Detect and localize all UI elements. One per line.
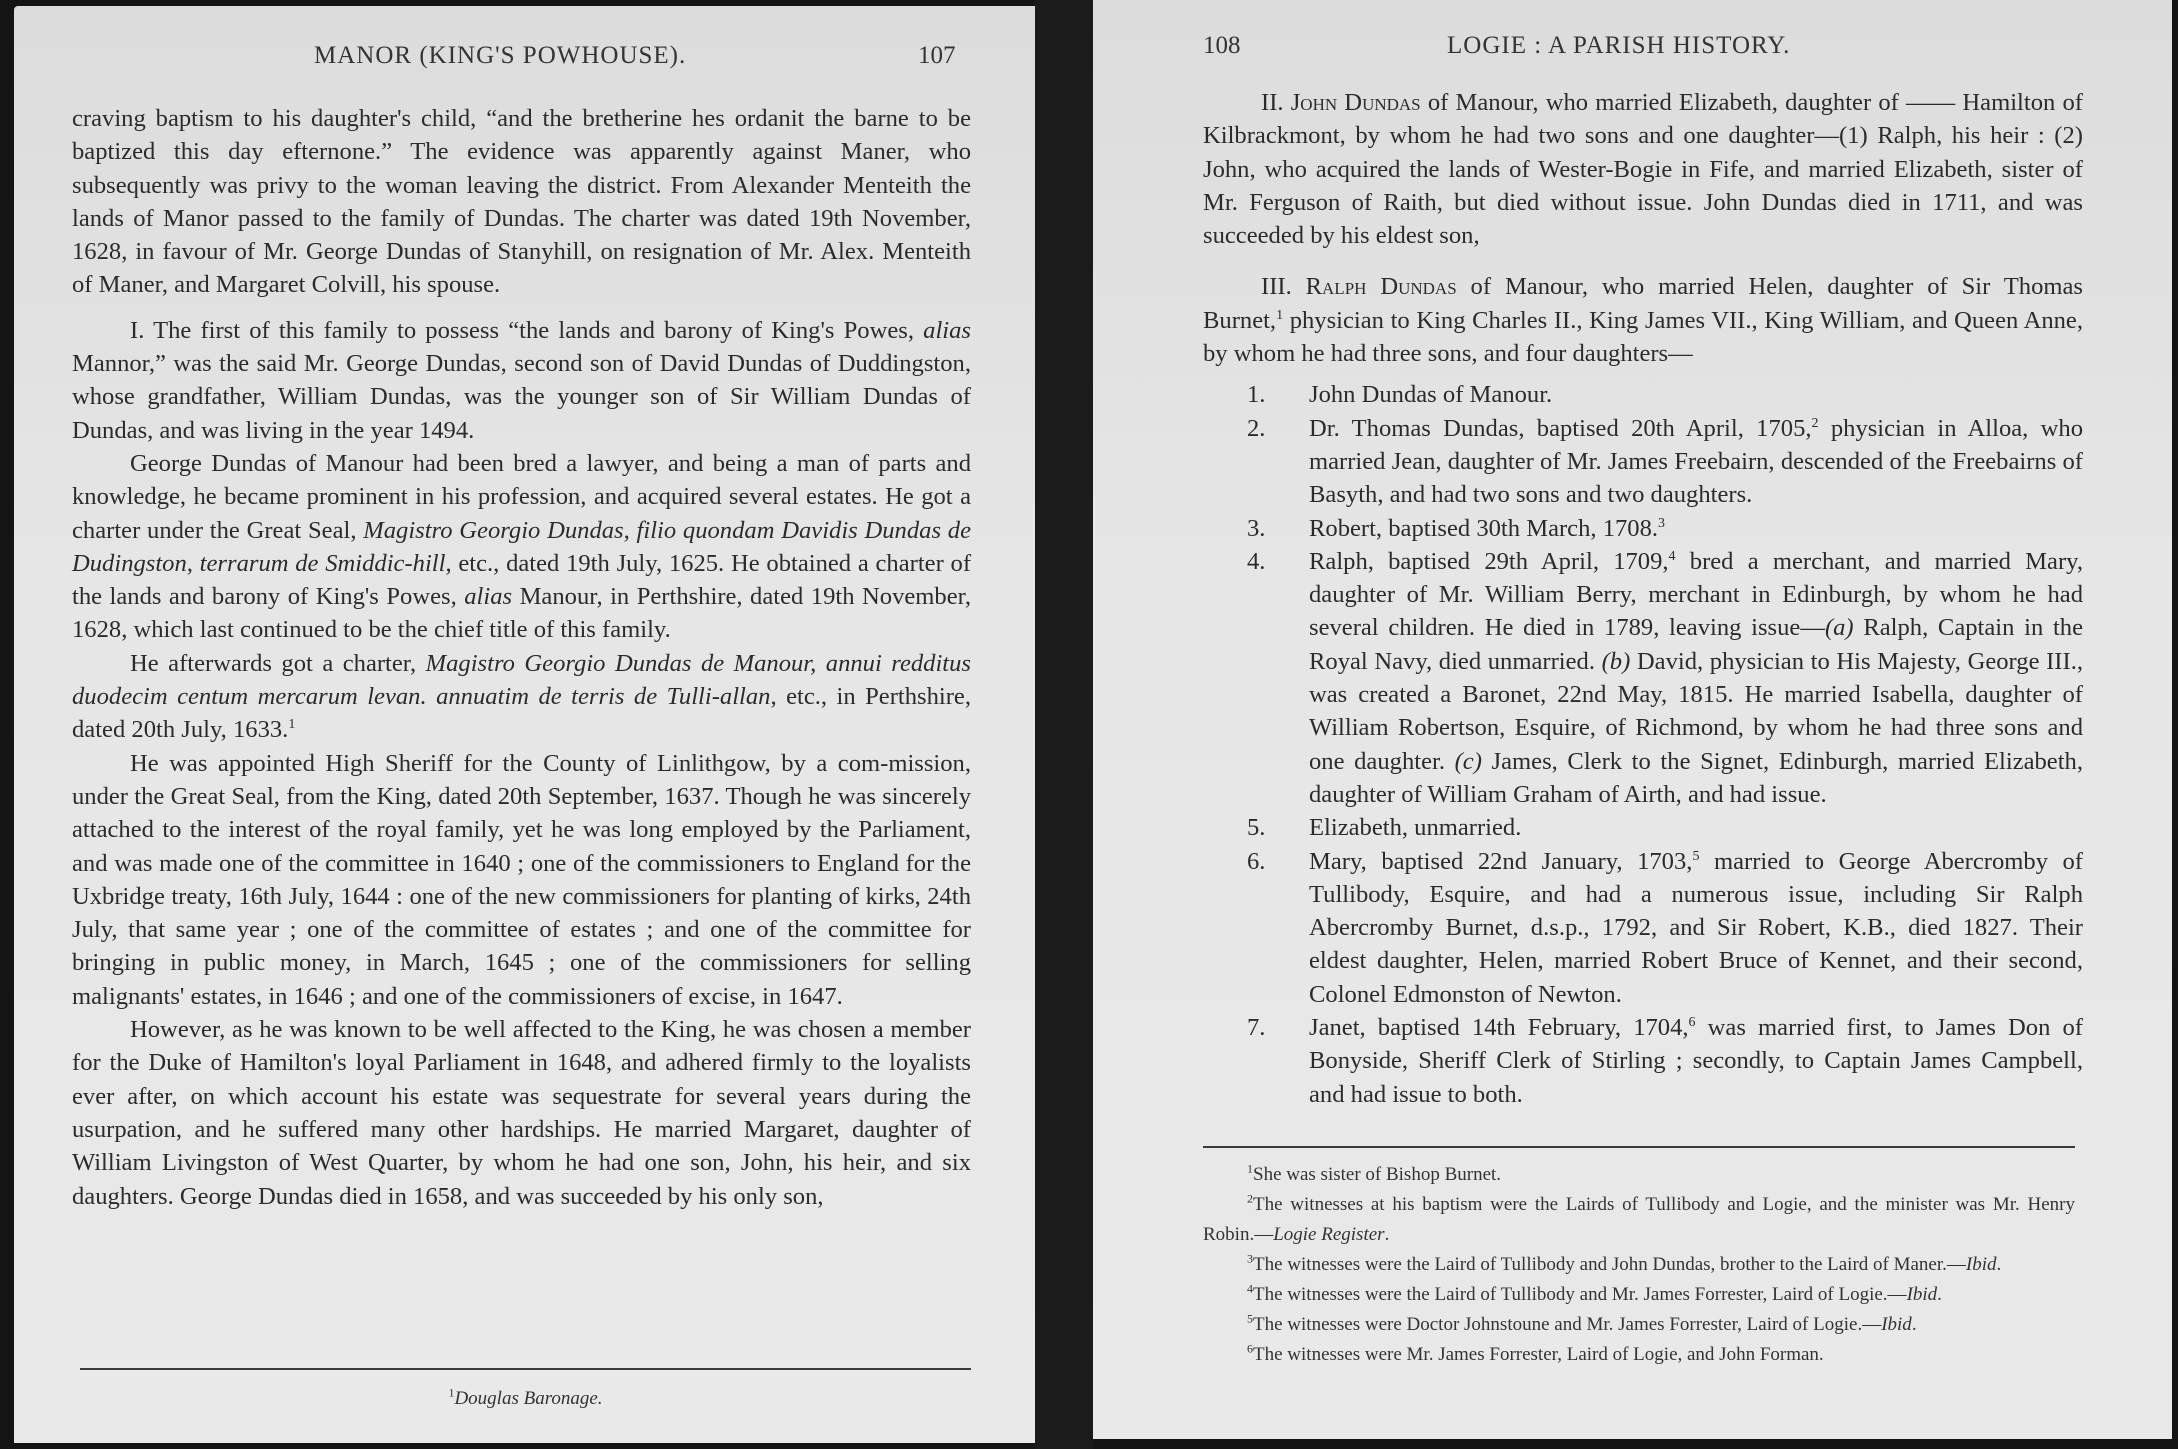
paragraph: III. Ralph Dundas of Manour, who married… — [1203, 270, 2083, 370]
list-item: 5.Elizabeth, unmarried. — [1247, 811, 2083, 844]
children-list: 1.John Dundas of Manour. 2.Dr. Thomas Du… — [1247, 378, 2083, 1111]
left-page: MANOR (KING'S POWHOUSE). 107 craving bap… — [14, 6, 1035, 1443]
footnotes: 1Douglas Baronage. — [80, 1384, 971, 1414]
running-head: MANOR (KING'S POWHOUSE). — [314, 42, 686, 70]
footnote: 3The witnesses were the Laird of Tullibo… — [1203, 1250, 2075, 1280]
list-item: 7.Janet, baptised 14th February, 1704,6 … — [1247, 1011, 2083, 1111]
footnote-rule — [1203, 1146, 2075, 1148]
footnote: 5The witnesses were Doctor Johnstoune an… — [1203, 1310, 2075, 1340]
person-name: John Dundas — [1291, 89, 1421, 116]
list-item: 2.Dr. Thomas Dundas, baptised 20th April… — [1247, 412, 2083, 512]
paragraph: craving baptism to his daughter's child,… — [72, 102, 971, 302]
list-item: 4.Ralph, baptised 29th April, 1709,4 bre… — [1247, 545, 2083, 811]
paragraph: George Dundas of Manour had been bred a … — [72, 447, 971, 647]
paragraph: II. John Dundas of Manour, who married E… — [1203, 86, 2083, 252]
list-item: 3.Robert, baptised 30th March, 1708.3 — [1247, 512, 2083, 545]
page-number: 108 — [1203, 32, 1241, 60]
footnote: 4The witnesses were the Laird of Tullibo… — [1203, 1280, 2075, 1310]
footnote: 1Douglas Baronage. — [80, 1384, 971, 1414]
footnote: 1She was sister of Bishop Burnet. — [1203, 1160, 2075, 1190]
list-item: 1.John Dundas of Manour. — [1247, 378, 2083, 411]
footnotes: 1She was sister of Bishop Burnet. 2The w… — [1203, 1160, 2075, 1370]
page-number: 107 — [918, 42, 956, 70]
paragraph: He was appointed High Sheriff for the Co… — [72, 747, 971, 1013]
footnote-ref: 1 — [288, 717, 295, 732]
body-text: II. John Dundas of Manour, who married E… — [1203, 86, 2083, 1111]
paragraph: I. The first of this family to possess “… — [72, 314, 971, 447]
body-text: craving baptism to his daughter's child,… — [72, 102, 971, 1213]
book-gutter — [1035, 0, 1093, 1449]
list-item: 6.Mary, baptised 22nd January, 1703,5 ma… — [1247, 845, 2083, 1011]
footnote: 2The witnesses at his baptism were the L… — [1203, 1190, 2075, 1250]
paragraph: He afterwards got a charter, Magistro Ge… — [72, 647, 971, 747]
person-name: Ralph Dundas — [1306, 273, 1457, 300]
paragraph: However, as he was known to be well affe… — [72, 1013, 971, 1213]
right-page: 108 LOGIE : A PARISH HISTORY. II. John D… — [1093, 0, 2172, 1439]
footnote-rule — [80, 1368, 971, 1370]
footnote: 6The witnesses were Mr. James Forrester,… — [1203, 1340, 2075, 1370]
running-head: LOGIE : A PARISH HISTORY. — [1447, 32, 1790, 60]
